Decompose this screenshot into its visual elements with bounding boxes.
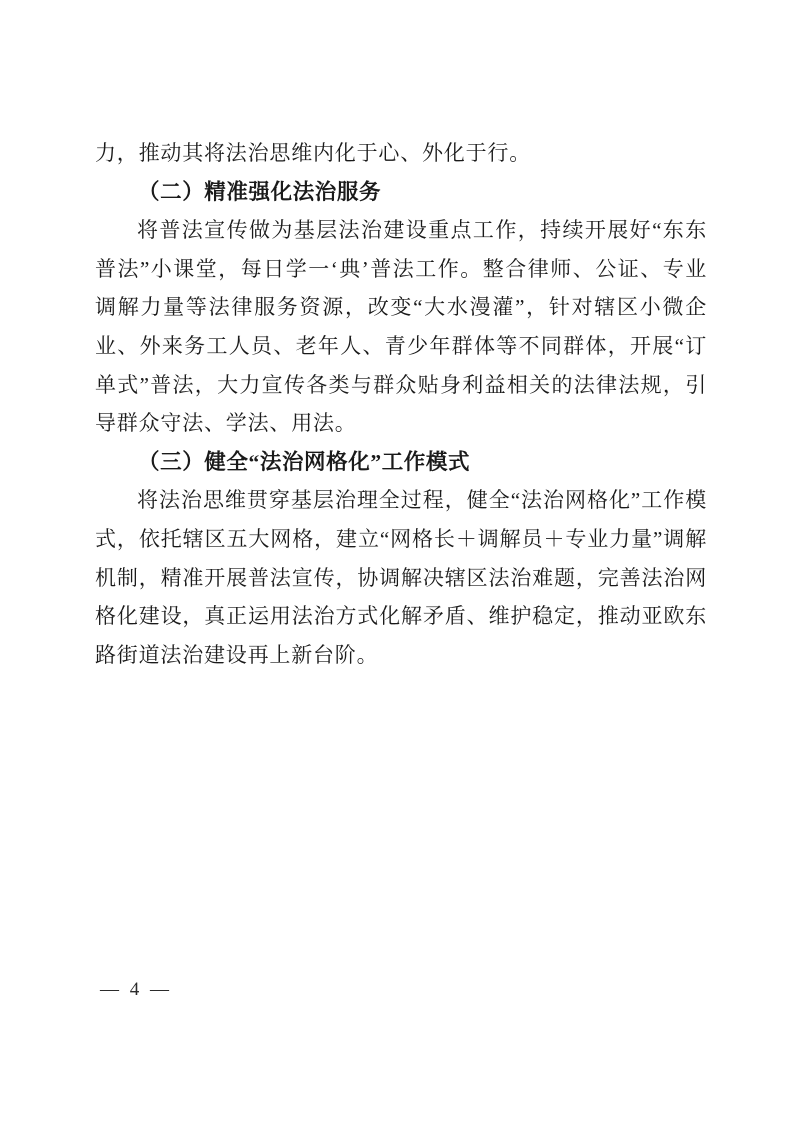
paragraph-section-two: 将普法宣传做为基层法治建设重点工作，持续开展好“东东普法”小课堂，每日学一‘典’… [95,211,707,443]
section-heading-two: （二）精准强化法治服务 [95,173,707,212]
page-footer: — 4 — [100,979,172,1001]
page-number: — 4 — [100,979,172,1000]
section-heading-three: （三）健全“法治网格化”工作模式 [95,443,707,482]
document-content: 力，推动其将法治思维内化于心、外化于行。 （二）精准强化法治服务 将普法宣传做为… [95,134,707,674]
paragraph-continuation: 力，推动其将法治思维内化于心、外化于行。 [95,134,707,173]
document-page: 力，推动其将法治思维内化于心、外化于行。 （二）精准强化法治服务 将普法宣传做为… [0,0,793,1122]
paragraph-section-three: 将法治思维贯穿基层治理全过程，健全“法治网格化”工作模式，依托辖区五大网格，建立… [95,481,707,674]
